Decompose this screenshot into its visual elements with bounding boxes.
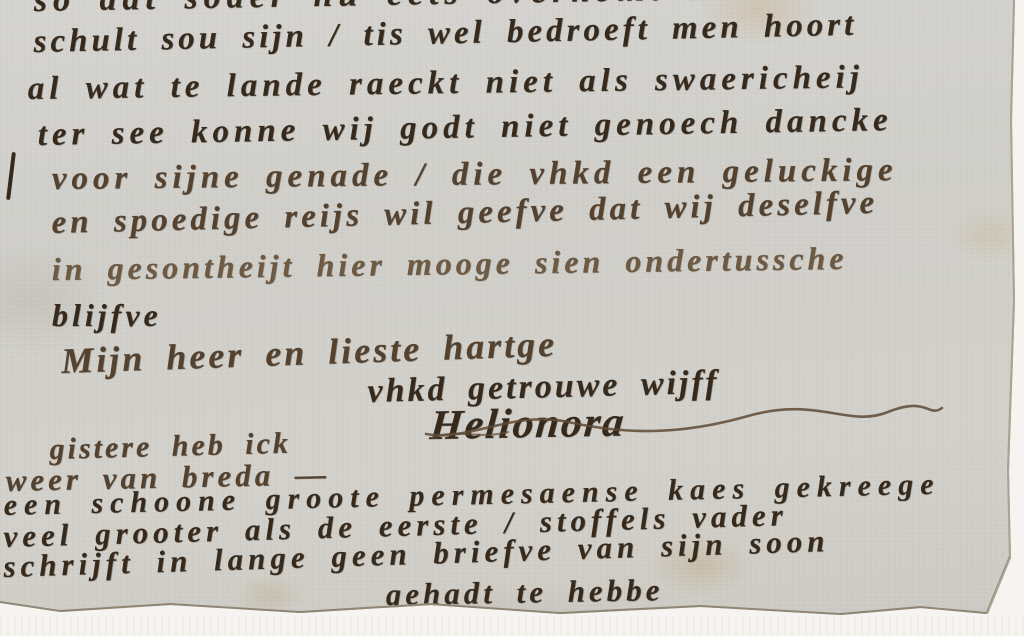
signature: Helionora (428, 399, 628, 450)
handwritten-line: al wat te lande raeckt niet als swaerich… (27, 59, 864, 108)
margin-ink-stroke (6, 152, 16, 200)
handwritten-line: blijfve (52, 297, 162, 334)
letter-page: so dat soder nu eets overkomt het hues s… (0, 0, 1024, 636)
paper-edge-shadow: so dat soder nu eets overkomt het hues s… (0, 0, 1024, 636)
postscript-line: gehadt te hebbe (385, 572, 663, 613)
handwritten-line: ter see konne wij godt niet genoech danc… (37, 102, 893, 154)
letter-scan: so dat soder nu eets overkomt het hues s… (0, 0, 1024, 636)
handwritten-line: in gesontheijt hier mooge sien ondertuss… (51, 240, 847, 288)
